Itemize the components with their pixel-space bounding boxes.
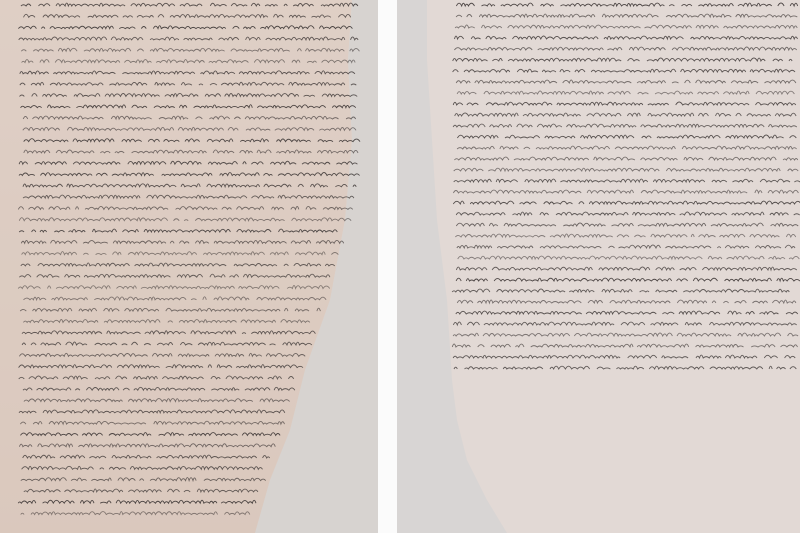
handwritten-line xyxy=(19,410,285,413)
handwritten-line xyxy=(21,478,266,481)
manuscript-page-left xyxy=(0,0,378,533)
handwritten-line xyxy=(21,3,358,6)
handwritten-line xyxy=(456,80,796,83)
handwritten-line xyxy=(457,245,800,248)
handwritten-line xyxy=(453,124,797,127)
handwritten-line xyxy=(18,26,359,29)
handwritten-line xyxy=(23,195,360,198)
handwritten-line xyxy=(18,286,337,289)
handwritten-line xyxy=(452,344,797,347)
handwritten-line xyxy=(23,184,356,187)
handwritten-line xyxy=(21,105,356,108)
handwritten-line xyxy=(452,289,797,292)
handwritten-line xyxy=(22,466,268,469)
handwritten-line xyxy=(22,252,339,255)
handwritten-line xyxy=(24,150,358,153)
handwritten-line xyxy=(455,113,796,116)
handwritten-line xyxy=(453,333,798,336)
handwritten-line xyxy=(20,82,357,85)
handwritten-line xyxy=(23,387,295,390)
handwritten-line xyxy=(22,60,356,63)
page-gutter xyxy=(378,0,397,533)
handwritten-line xyxy=(456,223,798,226)
handwritten-line xyxy=(20,308,320,311)
handwritten-line xyxy=(456,267,796,270)
handwritten-line xyxy=(20,421,284,424)
handwritten-line xyxy=(455,234,800,237)
handwritten-line xyxy=(457,146,796,149)
handwritten-line xyxy=(24,139,360,142)
handwritten-line xyxy=(453,322,796,325)
handwritten-line xyxy=(458,256,800,259)
handwritten-line xyxy=(19,365,303,368)
handwritten-line xyxy=(456,212,800,215)
handwriting-right xyxy=(397,0,800,533)
handwritten-line xyxy=(19,274,330,277)
handwritten-line xyxy=(22,331,315,334)
handwritten-line xyxy=(23,116,356,119)
handwritten-line xyxy=(454,168,799,171)
handwritten-line xyxy=(24,14,356,17)
handwritten-line xyxy=(457,135,796,138)
handwritten-line xyxy=(19,161,357,164)
handwritten-line xyxy=(19,353,305,356)
handwritten-line xyxy=(455,36,798,39)
handwritten-line xyxy=(23,455,274,458)
handwritten-line xyxy=(18,206,352,209)
handwritten-line xyxy=(24,297,327,300)
handwritten-line xyxy=(456,14,797,17)
handwritten-line xyxy=(21,512,255,515)
handwritten-line xyxy=(23,320,317,323)
handwriting-left xyxy=(0,0,378,533)
handwritten-line xyxy=(21,263,335,266)
handwritten-line xyxy=(21,48,365,51)
handwritten-line xyxy=(454,179,800,182)
handwritten-line xyxy=(19,229,345,232)
manuscript-page-right xyxy=(397,0,800,533)
handwritten-line xyxy=(21,433,281,436)
handwritten-line xyxy=(455,25,797,28)
handwritten-line xyxy=(24,489,265,492)
handwritten-line xyxy=(454,47,796,50)
handwritten-line xyxy=(19,37,358,40)
handwritten-line xyxy=(456,3,800,6)
handwritten-line xyxy=(453,355,795,358)
handwritten-line xyxy=(453,69,795,72)
handwritten-line xyxy=(21,240,343,243)
handwritten-line xyxy=(20,93,358,96)
handwritten-line xyxy=(454,366,796,369)
handwritten-line xyxy=(20,71,355,74)
handwritten-line xyxy=(19,444,275,447)
handwritten-line xyxy=(457,300,796,303)
handwritten-line xyxy=(453,201,800,204)
handwritten-line xyxy=(454,157,797,160)
handwritten-line xyxy=(22,342,312,345)
handwritten-line xyxy=(19,173,360,176)
handwritten-line xyxy=(18,500,256,503)
handwritten-line xyxy=(24,399,290,402)
handwritten-line xyxy=(19,218,351,221)
handwritten-line xyxy=(456,311,798,314)
handwritten-line xyxy=(457,91,800,94)
handwritten-line xyxy=(453,58,800,61)
handwritten-line xyxy=(456,278,800,281)
handwritten-line xyxy=(453,190,798,193)
handwritten-line xyxy=(23,127,361,130)
handwritten-line xyxy=(453,102,796,105)
handwritten-line xyxy=(19,376,299,379)
